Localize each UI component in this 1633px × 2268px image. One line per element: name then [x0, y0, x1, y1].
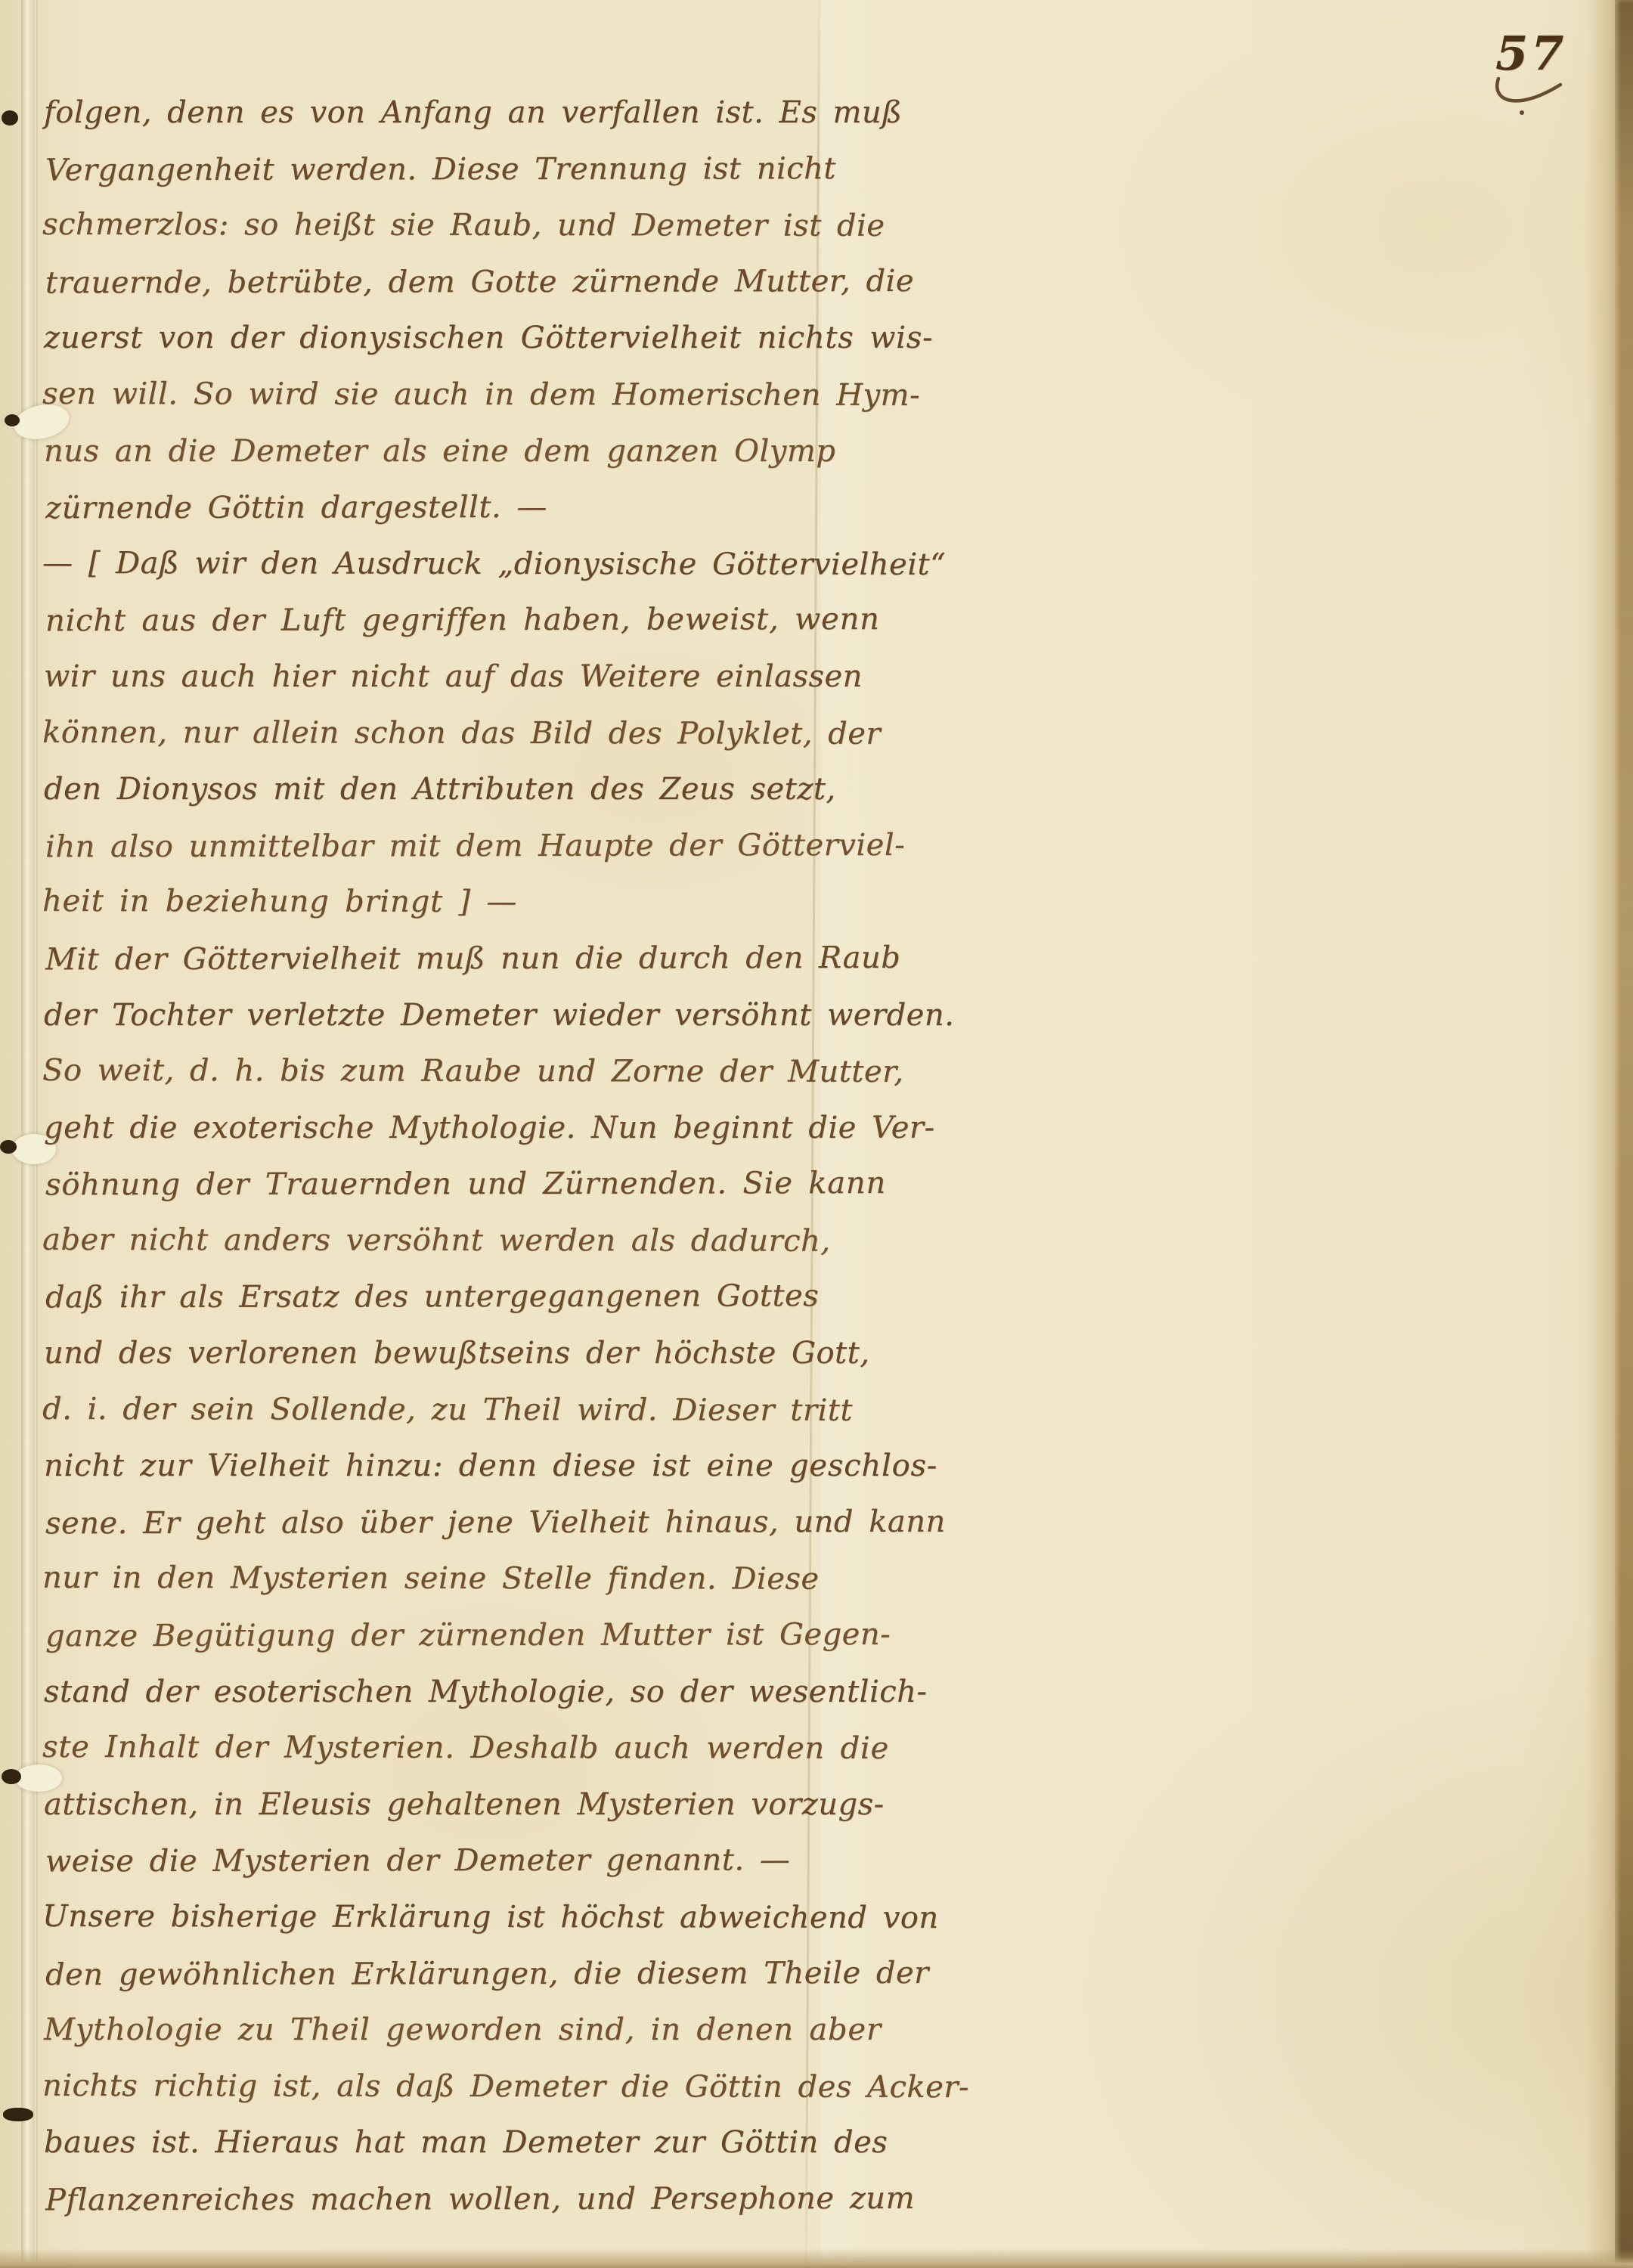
right-deckle-edge [1615, 0, 1633, 2268]
manuscript-line-18: So weit, d. h. bis zum Raube und Zorne d… [42, 1043, 995, 1101]
manuscript-line-20: söhnung der Trauernden und Zürnenden. Si… [45, 1155, 998, 1213]
manuscript-line-28: ganze Begütigung der zürnenden Mutter is… [45, 1606, 998, 1665]
manuscript-line-32: weise die Mysterien der Demeter genannt.… [45, 1832, 998, 1890]
manuscript-line-31: attischen, in Eleusis gehaltenen Mysteri… [44, 1777, 996, 1833]
page-number-group: 57 [1495, 26, 1586, 81]
manuscript-line-19: geht die exoterische Mythologie. Nun beg… [44, 1100, 996, 1157]
manuscript-line-26: sene. Er geht also über jene Vielheit hi… [45, 1494, 998, 1552]
manuscript-line-29: stand der esoterischen Mythologie, so de… [44, 1664, 996, 1721]
manuscript-line-8: zürnende Göttin dargestellt. — [45, 479, 998, 537]
manuscript-line-34: den gewöhnlichen Erklärungen, die diesem… [45, 1944, 998, 2003]
manuscript-line-14: ihn also unmittelbar mit dem Haupte der … [45, 816, 998, 875]
manuscript-line-9: — [ Daß wir den Ausdruck „dionysische Gö… [42, 535, 995, 593]
manuscript-line-2: Vergangenheit werden. Diese Trennung ist… [45, 140, 998, 198]
manuscript-line-7: nus an die Demeter als eine dem ganzen O… [44, 423, 996, 480]
manuscript-line-24: d. i. der sein Sollende, zu Theil wird. … [42, 1381, 995, 1439]
manuscript-line-4: trauernde, betrübte, dem Gotte zürnende … [45, 253, 998, 311]
manuscript-line-16: Mit der Göttervielheit muß nun die durch… [45, 930, 998, 988]
manuscript-line-12: können, nur allein schon das Bild des Po… [42, 704, 995, 762]
page-number-flourish [1491, 73, 1574, 118]
manuscript-line-3: schmerzlos: so heißt sie Raub, und Demet… [42, 197, 995, 255]
manuscript-line-23: und des verlorenen bewußtseins der höchs… [44, 1325, 996, 1382]
manuscript-text: folgen, denn es von Anfang an verfallen … [44, 85, 996, 2228]
manuscript-line-25: nicht zur Vielheit hinzu: denn diese ist… [44, 1438, 996, 1495]
manuscript-line-5: zuerst von der dionysischen Göttervielhe… [44, 310, 996, 367]
manuscript-line-33: Unsere bisherige Erklärung ist höchst ab… [42, 1888, 995, 1947]
ink-dot [1520, 110, 1524, 115]
manuscript-line-36: nichts richtig ist, als daß Demeter die … [42, 2058, 995, 2116]
manuscript-line-15: heit in beziehung bringt ] — [42, 873, 995, 931]
manuscript-line-17: der Tochter verletzte Demeter wieder ver… [44, 987, 996, 1044]
manuscript-page: 57 folgen, denn es von Anfang an verfall… [0, 0, 1633, 2268]
manuscript-line-21: aber nicht anders versöhnt werden als da… [42, 1212, 995, 1270]
manuscript-line-11: wir uns auch hier nicht auf das Weitere … [44, 649, 996, 705]
manuscript-line-22: daß ihr als Ersatz des untergegangenen G… [45, 1268, 998, 1326]
manuscript-line-38: Pflanzenreiches machen wollen, und Perse… [45, 2170, 998, 2229]
manuscript-line-37: baues ist. Hieraus hat man Demeter zur G… [44, 2115, 996, 2171]
manuscript-line-13: den Dionysos mit den Attributen des Zeus… [44, 761, 996, 818]
manuscript-line-30: ste Inhalt der Mysterien. Deshalb auch w… [42, 1719, 995, 1777]
manuscript-line-35: Mythologie zu Theil geworden sind, in de… [44, 2002, 996, 2059]
bottom-page-edge [0, 2248, 1633, 2268]
manuscript-line-6: sen will. So wird sie auch in dem Homeri… [42, 366, 995, 424]
manuscript-line-1: folgen, denn es von Anfang an verfallen … [44, 85, 996, 141]
manuscript-line-10: nicht aus der Luft gegriffen haben, bewe… [45, 591, 998, 649]
manuscript-line-27: nur in den Mysterien seine Stelle finden… [42, 1550, 995, 1608]
